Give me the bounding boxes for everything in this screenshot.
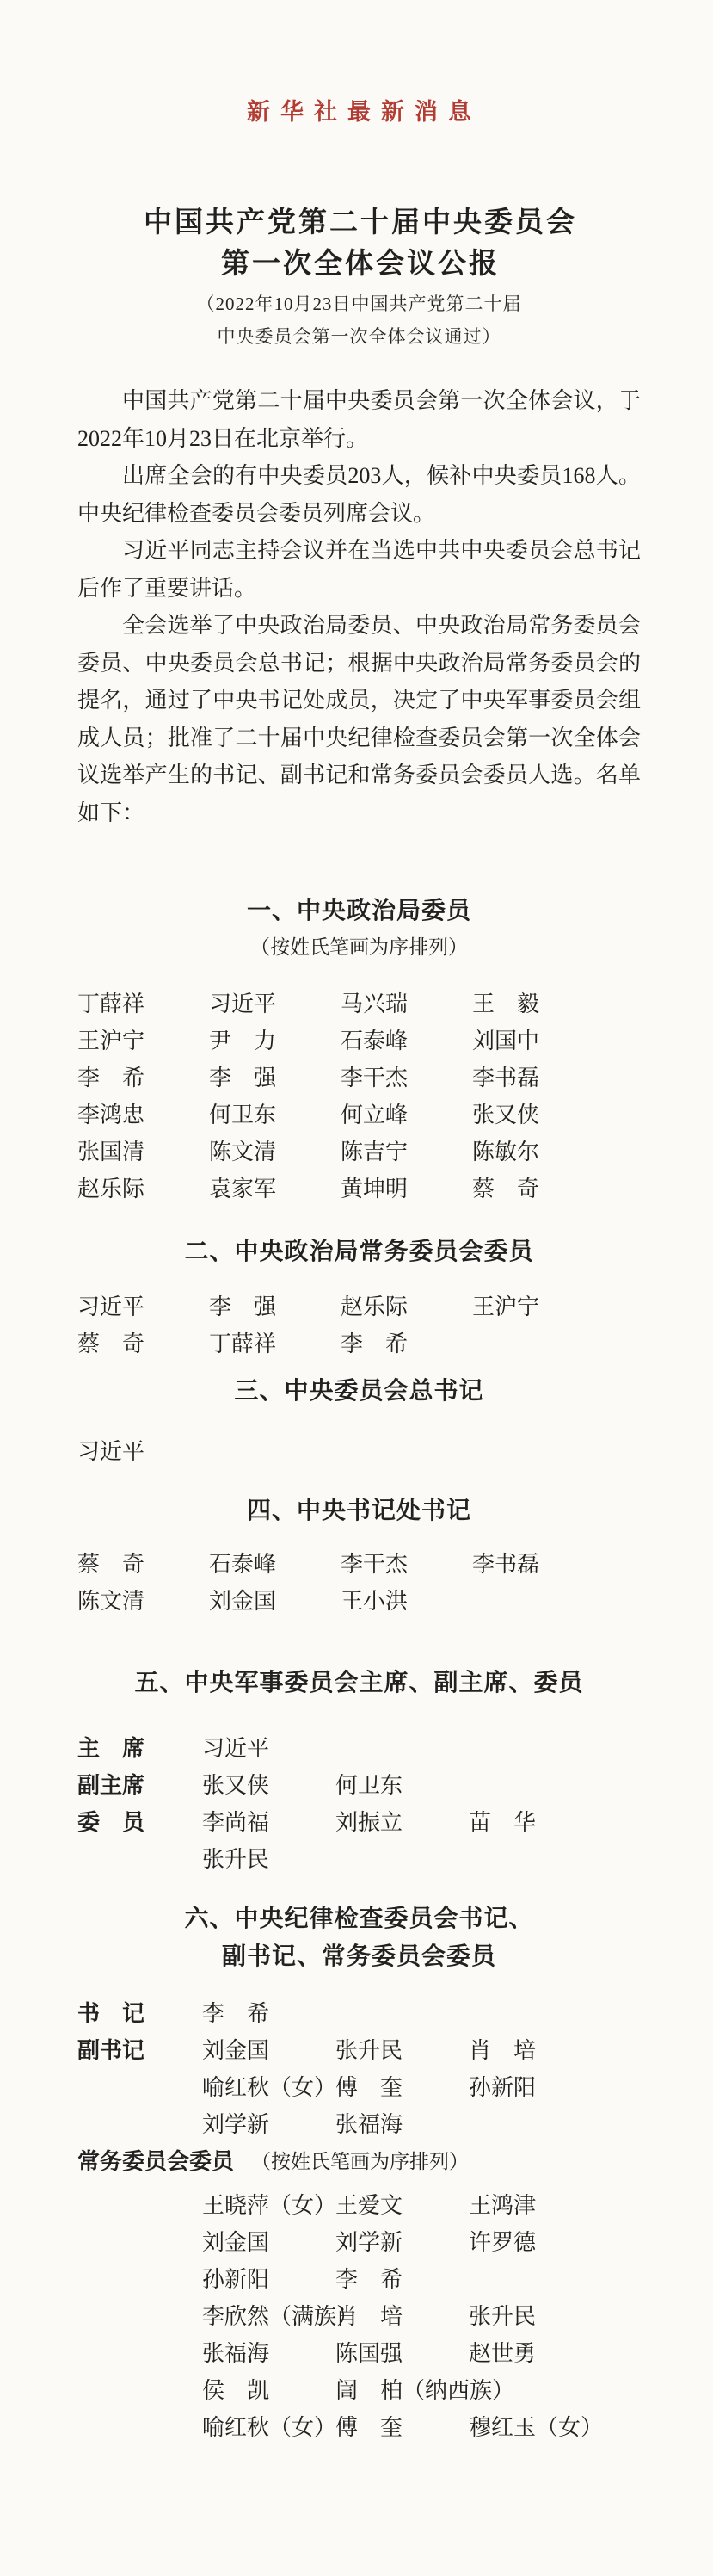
name-row: 陈文清 刘金国 王小洪 xyxy=(77,1584,641,1621)
member-name: 王沪宁 xyxy=(77,1023,144,1055)
labeled-name-row: 主 席 习近平 xyxy=(77,1731,641,1768)
member-name: 喻红秋（女） xyxy=(202,2410,336,2442)
member-name: 喻红秋（女） xyxy=(202,2070,336,2102)
member-name: 习近平 xyxy=(209,986,276,1018)
labeled-name-row: 副书记 刘金国 张升民 肖 培 xyxy=(77,2033,641,2070)
member-name: 刘学新 xyxy=(202,2107,269,2139)
member-name: 张升民 xyxy=(469,2299,536,2331)
member-name: 肖 培 xyxy=(335,2299,403,2331)
member-name: 孙新阳 xyxy=(202,2262,269,2294)
member-name: 李尚福 xyxy=(202,1805,269,1837)
paragraph-2: 出席全会的有中央委员203人，候补中央委员168人。中央纪律检查委员会委员列席会… xyxy=(77,457,641,532)
member-name: 穆红玉（女） xyxy=(469,2410,603,2442)
role-label: 副主席 xyxy=(77,1768,144,1800)
section-6-heading: 六、中央纪律检查委员会书记、 副书记、常务委员会委员 xyxy=(77,1900,641,1975)
scanned-document-page: { "colors": { "masthead_red": "#b23b32",… xyxy=(0,0,713,2576)
name-row: 侯 凯 訚 柏（纳西族） xyxy=(77,2373,641,2410)
name-row: 李 希 李 强 李干杰 李书磊 xyxy=(77,1060,641,1097)
section-4-heading: 四、中央书记处书记 xyxy=(77,1495,641,1526)
adoption-date-line2: 中央委员会第一次全体会议通过） xyxy=(77,320,641,353)
member-name: 李 强 xyxy=(209,1060,276,1092)
member-name: 石泰峰 xyxy=(341,1023,408,1055)
member-name: 李书磊 xyxy=(472,1547,539,1578)
member-name: 李书磊 xyxy=(472,1060,539,1092)
masthead-label: 新华社最新消息 xyxy=(77,95,641,129)
member-name: 王爱文 xyxy=(335,2188,403,2220)
general-secretary-row: 习近平 xyxy=(77,1434,641,1471)
member-name: 何立峰 xyxy=(341,1097,408,1129)
member-name: 李 希 xyxy=(77,1060,144,1092)
section-5-heading: 五、中央军事委员会主席、副主席、委员 xyxy=(77,1667,641,1698)
member-name: 傅 奎 xyxy=(335,2070,403,2102)
member-name: 张国清 xyxy=(77,1134,144,1166)
member-name: 刘金国 xyxy=(202,2033,269,2065)
member-name: 傅 奎 xyxy=(335,2410,403,2442)
paragraph-3: 习近平同志主持会议并在当选中共中央委员会总书记后作了重要讲话。 xyxy=(77,532,641,607)
labeled-name-row: 喻红秋（女） 傅 奎 孙新阳 xyxy=(77,2070,641,2107)
paragraph-1: 中国共产党第二十届中央委员会第一次全体会议，于2022年10月23日在北京举行。 xyxy=(77,382,641,457)
labeled-name-row: 张升民 xyxy=(77,1842,641,1879)
name-row: 李鸿忠 何卫东 何立峰 张又侠 xyxy=(77,1097,641,1134)
member-name: 石泰峰 xyxy=(209,1547,276,1578)
member-name: 王沪宁 xyxy=(472,1289,539,1321)
name-row: 李欣然（满族） 肖 培 张升民 xyxy=(77,2299,641,2336)
role-label: 副书记 xyxy=(77,2033,144,2065)
doc-title-line1: 中国共产党第二十届中央委员会 xyxy=(80,201,641,243)
member-name: 王 毅 xyxy=(472,986,539,1018)
member-name: 张又侠 xyxy=(202,1768,269,1800)
member-name: 李干杰 xyxy=(341,1060,408,1092)
member-name: 王鸿津 xyxy=(469,2188,536,2220)
standing-committee-label-row: 常务委员会委员 （按姓氏笔画为序排列） xyxy=(77,2144,641,2181)
member-name: 刘振立 xyxy=(335,1805,403,1837)
section-1-heading: 一、中央政治局委员 xyxy=(77,895,641,926)
name-row: 孙新阳 李 希 xyxy=(77,2262,641,2299)
section-3-heading: 三、中央委员会总书记 xyxy=(77,1375,641,1406)
cdi-list: 书 记 李 希 副书记 刘金国 张升民 肖 培 喻红秋（女） 傅 奎 孙新阳 刘… xyxy=(77,1996,641,2181)
communique-document: 新华社最新消息 中国共产党第二十届中央委员会 第一次全体会议公报 （2022年1… xyxy=(0,95,713,2447)
member-name: 张福海 xyxy=(202,2336,269,2368)
member-name: 袁家军 xyxy=(209,1171,276,1203)
member-name: 张又侠 xyxy=(472,1097,539,1129)
name-row: 习近平 李 强 赵乐际 王沪宁 xyxy=(77,1289,641,1326)
doc-title: 中国共产党第二十届中央委员会 第一次全体会议公报 xyxy=(77,201,641,284)
adoption-date-note: （2022年10月23日中国共产党第二十届 中央委员会第一次全体会议通过） xyxy=(77,287,641,353)
section-1-note: （按姓氏笔画为序排列） xyxy=(77,933,641,962)
name-row: 张福海 陈国强 赵世勇 xyxy=(77,2336,641,2373)
member-name: 刘金国 xyxy=(209,1584,276,1615)
name-row: 王沪宁 尹 力 石泰峰 刘国中 xyxy=(77,1023,641,1060)
member-name: 陈国强 xyxy=(335,2336,403,2368)
member-name: 丁薛祥 xyxy=(77,986,144,1018)
name-row: 王晓萍（女） 王爱文 王鸿津 xyxy=(77,2188,641,2225)
member-name: 习近平 xyxy=(77,1289,144,1321)
member-name: 刘学新 xyxy=(335,2225,403,2257)
member-name: 李鸿忠 xyxy=(77,1097,144,1129)
section-6-heading-line1: 六、中央纪律检查委员会书记、 xyxy=(77,1900,641,1937)
member-name: 习近平 xyxy=(77,1434,144,1466)
member-name: 王晓萍（女） xyxy=(202,2188,336,2220)
member-name: 赵世勇 xyxy=(469,2336,536,2368)
role-label: 委 员 xyxy=(77,1805,144,1837)
cmc-list: 主 席 习近平 副主席 张又侠 何卫东 委 员 李尚福 刘振立 苗 华 张升民 xyxy=(77,1731,641,1879)
body-paragraphs: 中国共产党第二十届中央委员会第一次全体会议，于2022年10月23日在北京举行。… xyxy=(77,382,641,831)
member-name: 何卫东 xyxy=(335,1768,403,1800)
section-6-heading-line2: 副书记、常务委员会委员 xyxy=(77,1937,641,1975)
member-name: 赵乐际 xyxy=(77,1171,144,1203)
name-row: 丁薛祥 习近平 马兴瑞 王 毅 xyxy=(77,986,641,1023)
member-name: 李 强 xyxy=(209,1289,276,1321)
sort-order-note: （按姓氏笔画为序排列） xyxy=(251,2146,469,2174)
labeled-name-row: 书 记 李 希 xyxy=(77,1996,641,2033)
member-name: 习近平 xyxy=(202,1731,269,1763)
member-name: 张升民 xyxy=(202,1842,269,1874)
member-name: 李 希 xyxy=(202,1996,269,2028)
member-name: 李 希 xyxy=(341,1326,408,1358)
name-row: 张国清 陈文清 陈吉宁 陈敏尔 xyxy=(77,1134,641,1171)
member-name: 肖 培 xyxy=(469,2033,536,2065)
member-name: 张升民 xyxy=(335,2033,403,2065)
politburo-member-grid: 丁薛祥 习近平 马兴瑞 王 毅 王沪宁 尹 力 石泰峰 刘国中 李 希 李 强 … xyxy=(77,986,641,1208)
name-row: 喻红秋（女） 傅 奎 穆红玉（女） xyxy=(77,2410,641,2447)
member-name: 许罗德 xyxy=(469,2225,536,2257)
member-name: 陈吉宁 xyxy=(341,1134,408,1166)
doc-title-line2: 第一次全体会议公报 xyxy=(80,243,641,284)
member-name: 苗 华 xyxy=(469,1805,536,1837)
adoption-date-line1: （2022年10月23日中国共产党第二十届 xyxy=(77,287,641,320)
member-name: 陈敏尔 xyxy=(472,1134,539,1166)
name-row: 蔡 奇 丁薛祥 李 希 xyxy=(77,1326,641,1363)
member-name: 丁薛祥 xyxy=(209,1326,276,1358)
member-name: 李干杰 xyxy=(341,1547,408,1578)
member-name: 刘金国 xyxy=(202,2225,269,2257)
name-row: 刘金国 刘学新 许罗德 xyxy=(77,2225,641,2262)
secretariat-grid: 蔡 奇 石泰峰 李干杰 李书磊 陈文清 刘金国 王小洪 xyxy=(77,1547,641,1621)
member-name: 訚 柏（纳西族） xyxy=(335,2373,514,2405)
member-name: 孙新阳 xyxy=(469,2070,536,2102)
member-name: 黄坤明 xyxy=(341,1171,408,1203)
member-name: 李 希 xyxy=(335,2262,403,2294)
member-name: 侯 凯 xyxy=(202,2373,269,2405)
member-name: 蔡 奇 xyxy=(77,1547,144,1578)
member-name: 马兴瑞 xyxy=(341,986,408,1018)
member-name: 蔡 奇 xyxy=(77,1326,144,1358)
name-row: 赵乐际 袁家军 黄坤明 蔡 奇 xyxy=(77,1171,641,1208)
labeled-name-row: 刘学新 张福海 xyxy=(77,2107,641,2144)
member-name: 蔡 奇 xyxy=(472,1171,539,1203)
name-row: 蔡 奇 石泰峰 李干杰 李书磊 xyxy=(77,1547,641,1584)
member-name: 刘国中 xyxy=(472,1023,539,1055)
member-name: 陈文清 xyxy=(77,1584,144,1615)
section-2-heading: 二、中央政治局常务委员会委员 xyxy=(77,1236,641,1267)
paragraph-4: 全会选举了中央政治局委员、中央政治局常务委员会委员、中央委员会总书记；根据中央政… xyxy=(77,607,641,831)
role-label: 主 席 xyxy=(77,1731,144,1763)
member-name: 张福海 xyxy=(335,2107,403,2139)
member-name: 赵乐际 xyxy=(341,1289,408,1321)
member-name: 何卫东 xyxy=(209,1097,276,1129)
role-label: 常务委员会委员 xyxy=(77,2144,234,2176)
labeled-name-row: 委 员 李尚福 刘振立 苗 华 xyxy=(77,1805,641,1842)
member-name: 陈文清 xyxy=(209,1134,276,1166)
standing-committee-grid: 习近平 李 强 赵乐际 王沪宁 蔡 奇 丁薛祥 李 希 xyxy=(77,1289,641,1363)
role-label: 书 记 xyxy=(77,1996,144,2028)
labeled-name-row: 副主席 张又侠 何卫东 xyxy=(77,1768,641,1805)
cdi-standing-committee-grid: 王晓萍（女） 王爱文 王鸿津 刘金国 刘学新 许罗德 孙新阳 李 希 李欣然（满… xyxy=(77,2188,641,2447)
member-name: 尹 力 xyxy=(209,1023,276,1055)
member-name: 王小洪 xyxy=(341,1584,408,1615)
